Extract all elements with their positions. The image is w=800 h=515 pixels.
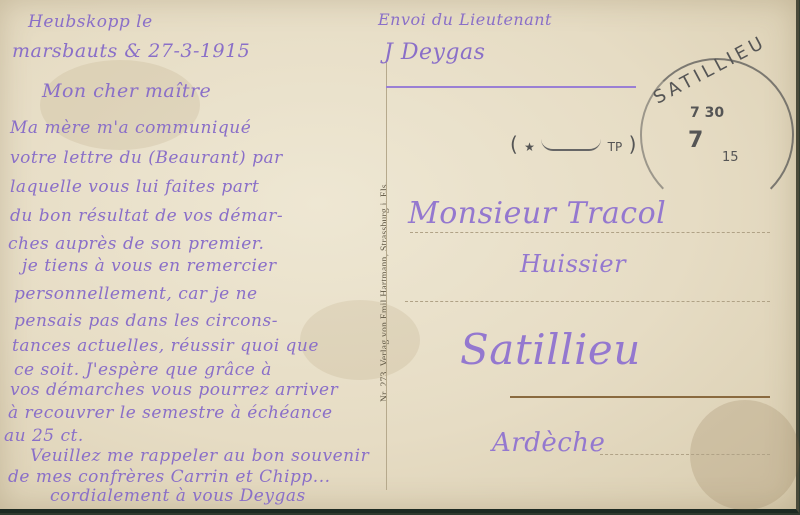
message-header-line-1: Heubskopp le bbox=[28, 12, 153, 32]
address-line-4: Ardèche bbox=[492, 428, 605, 458]
message-line: au 25 ct. bbox=[4, 426, 84, 446]
message-line: votre lettre du (Beaurant) par bbox=[10, 148, 283, 168]
sender-name: J Deygas bbox=[384, 40, 485, 65]
message-line: laquelle vous lui faites part bbox=[10, 177, 259, 197]
address-line-3: Satillieu bbox=[460, 325, 641, 374]
stain bbox=[690, 400, 800, 510]
message-line: Ma mère m'a communiqué bbox=[10, 118, 251, 138]
address-line-2: Huissier bbox=[520, 250, 626, 278]
salutation: Mon cher maître bbox=[42, 80, 211, 102]
arc-icon bbox=[541, 139, 601, 151]
message-line: ce soit. J'espère que grâce à bbox=[14, 360, 272, 380]
address-underline bbox=[510, 396, 770, 398]
military-stamp: ( ★ TP ) bbox=[510, 132, 636, 156]
message-line: ches auprès de son premier. bbox=[8, 234, 264, 254]
star-icon: ★ bbox=[524, 140, 535, 154]
message-header-line-2: marsbauts & 27-3-1915 bbox=[12, 40, 250, 62]
divider-line bbox=[386, 60, 387, 490]
message-line: tances actuelles, réussir quoi que bbox=[12, 336, 319, 356]
message-line: Veuillez me rappeler au bon souvenir bbox=[30, 446, 369, 466]
message-line: de mes confrères Carrin et Chipp... bbox=[8, 467, 331, 487]
message-line: vos démarches vous pourrez arriver bbox=[10, 380, 338, 400]
message-line: je tiens à vous en remercier bbox=[22, 256, 277, 276]
postcard-back: Heubskopp le marsbauts & 27-3-1915 Mon c… bbox=[0, 0, 799, 513]
postmark-year: 15 bbox=[722, 150, 739, 165]
message-line: cordialement à vous Deygas bbox=[50, 486, 306, 506]
address-dotted-line bbox=[600, 454, 770, 455]
address-dotted-line bbox=[410, 232, 770, 233]
publisher-imprint: Nr. 273. Verlag von Emil Hartmann, Stras… bbox=[380, 181, 390, 402]
address-line-1: Monsieur Tracol bbox=[408, 196, 666, 231]
military-stamp-text: TP bbox=[608, 140, 623, 154]
bracket-left-icon: ( bbox=[510, 132, 518, 156]
postmark-time: 7 30 bbox=[690, 105, 724, 121]
postmark bbox=[640, 58, 794, 212]
message-line: à recouvrer le semestre à échéance bbox=[8, 403, 333, 423]
message-line: personnellement, car je ne bbox=[14, 284, 258, 304]
address-dotted-line bbox=[405, 301, 770, 302]
message-line: pensais pas dans les circons- bbox=[14, 311, 278, 331]
message-line: du bon résultat de vos démar- bbox=[10, 206, 283, 226]
sender-label: Envoi du Lieutenant bbox=[378, 10, 552, 29]
postmark-day: 7 bbox=[688, 128, 703, 153]
sender-underline bbox=[386, 86, 636, 88]
bracket-right-icon: ) bbox=[629, 132, 637, 156]
